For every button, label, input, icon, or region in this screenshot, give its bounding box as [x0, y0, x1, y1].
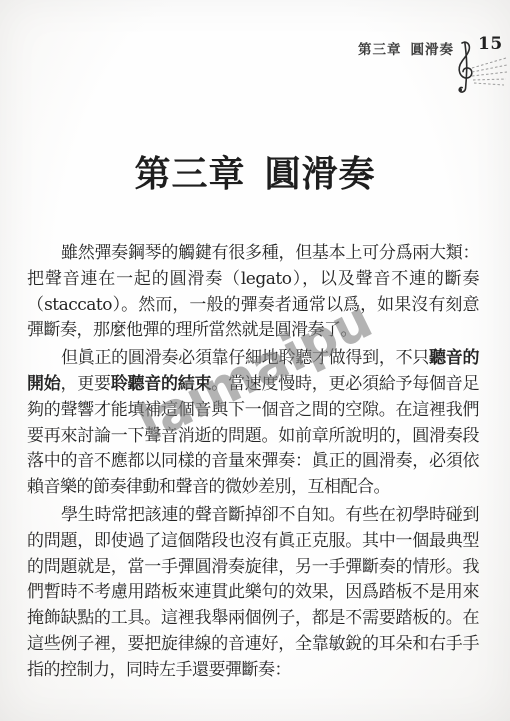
body-paragraph: 雖然彈奏鋼琴的觸鍵有很多種，但基本上可分爲兩大類：把聲音連在一起的圓滑奏（leg… — [27, 241, 479, 344]
book-page: 第三章 圓滑奏 15 第三章 圓滑奏 雖然彈奏鋼琴的觸鍵有很多種，但基本上可分爲… — [0, 0, 510, 721]
running-header-chapter: 第三章 — [358, 38, 402, 58]
staff-lines-icon — [472, 58, 507, 85]
body-text: 雖然彈奏鋼琴的觸鍵有很多種，但基本上可分爲兩大類：把聲音連在一起的圓滑奏（leg… — [27, 241, 479, 684]
chapter-title-chapter: 第三章 — [134, 146, 245, 197]
chapter-title-section: 圓滑奏 — [265, 146, 376, 197]
body-paragraph: 但眞正的圓滑奏必須靠仔細地聆聽才做得到，不只聽音的開始，更要聆聽音的結束。當速度… — [27, 346, 479, 501]
page-number: 15 — [478, 34, 503, 54]
emphasized-text: 聆聽音的結束 — [111, 374, 212, 394]
body-paragraph: 學生時常把該連的聲音斷掉卻不自知。有些在初學時碰到的問題，即使過了這個階段也沒有… — [27, 503, 479, 684]
text-run: ，更要 — [61, 374, 111, 394]
running-header-section: 圓滑奏 — [411, 38, 455, 58]
running-header: 第三章 圓滑奏 — [358, 38, 454, 58]
clef-dot — [459, 88, 462, 91]
text-run: 雖然彈奏鋼琴的觸鍵有很多種，但基本上可分爲兩大類：把聲音連在一起的圓滑奏（leg… — [27, 243, 479, 340]
chapter-title: 第三章 圓滑奏 — [0, 146, 510, 197]
text-run: 學生時常把該連的聲音斷掉卻不自知。有些在初學時碰到的問題，即使過了這個階段也沒有… — [27, 505, 479, 680]
text-run: 但眞正的圓滑奏必須靠仔細地聆聽才做得到，不只 — [61, 348, 429, 368]
